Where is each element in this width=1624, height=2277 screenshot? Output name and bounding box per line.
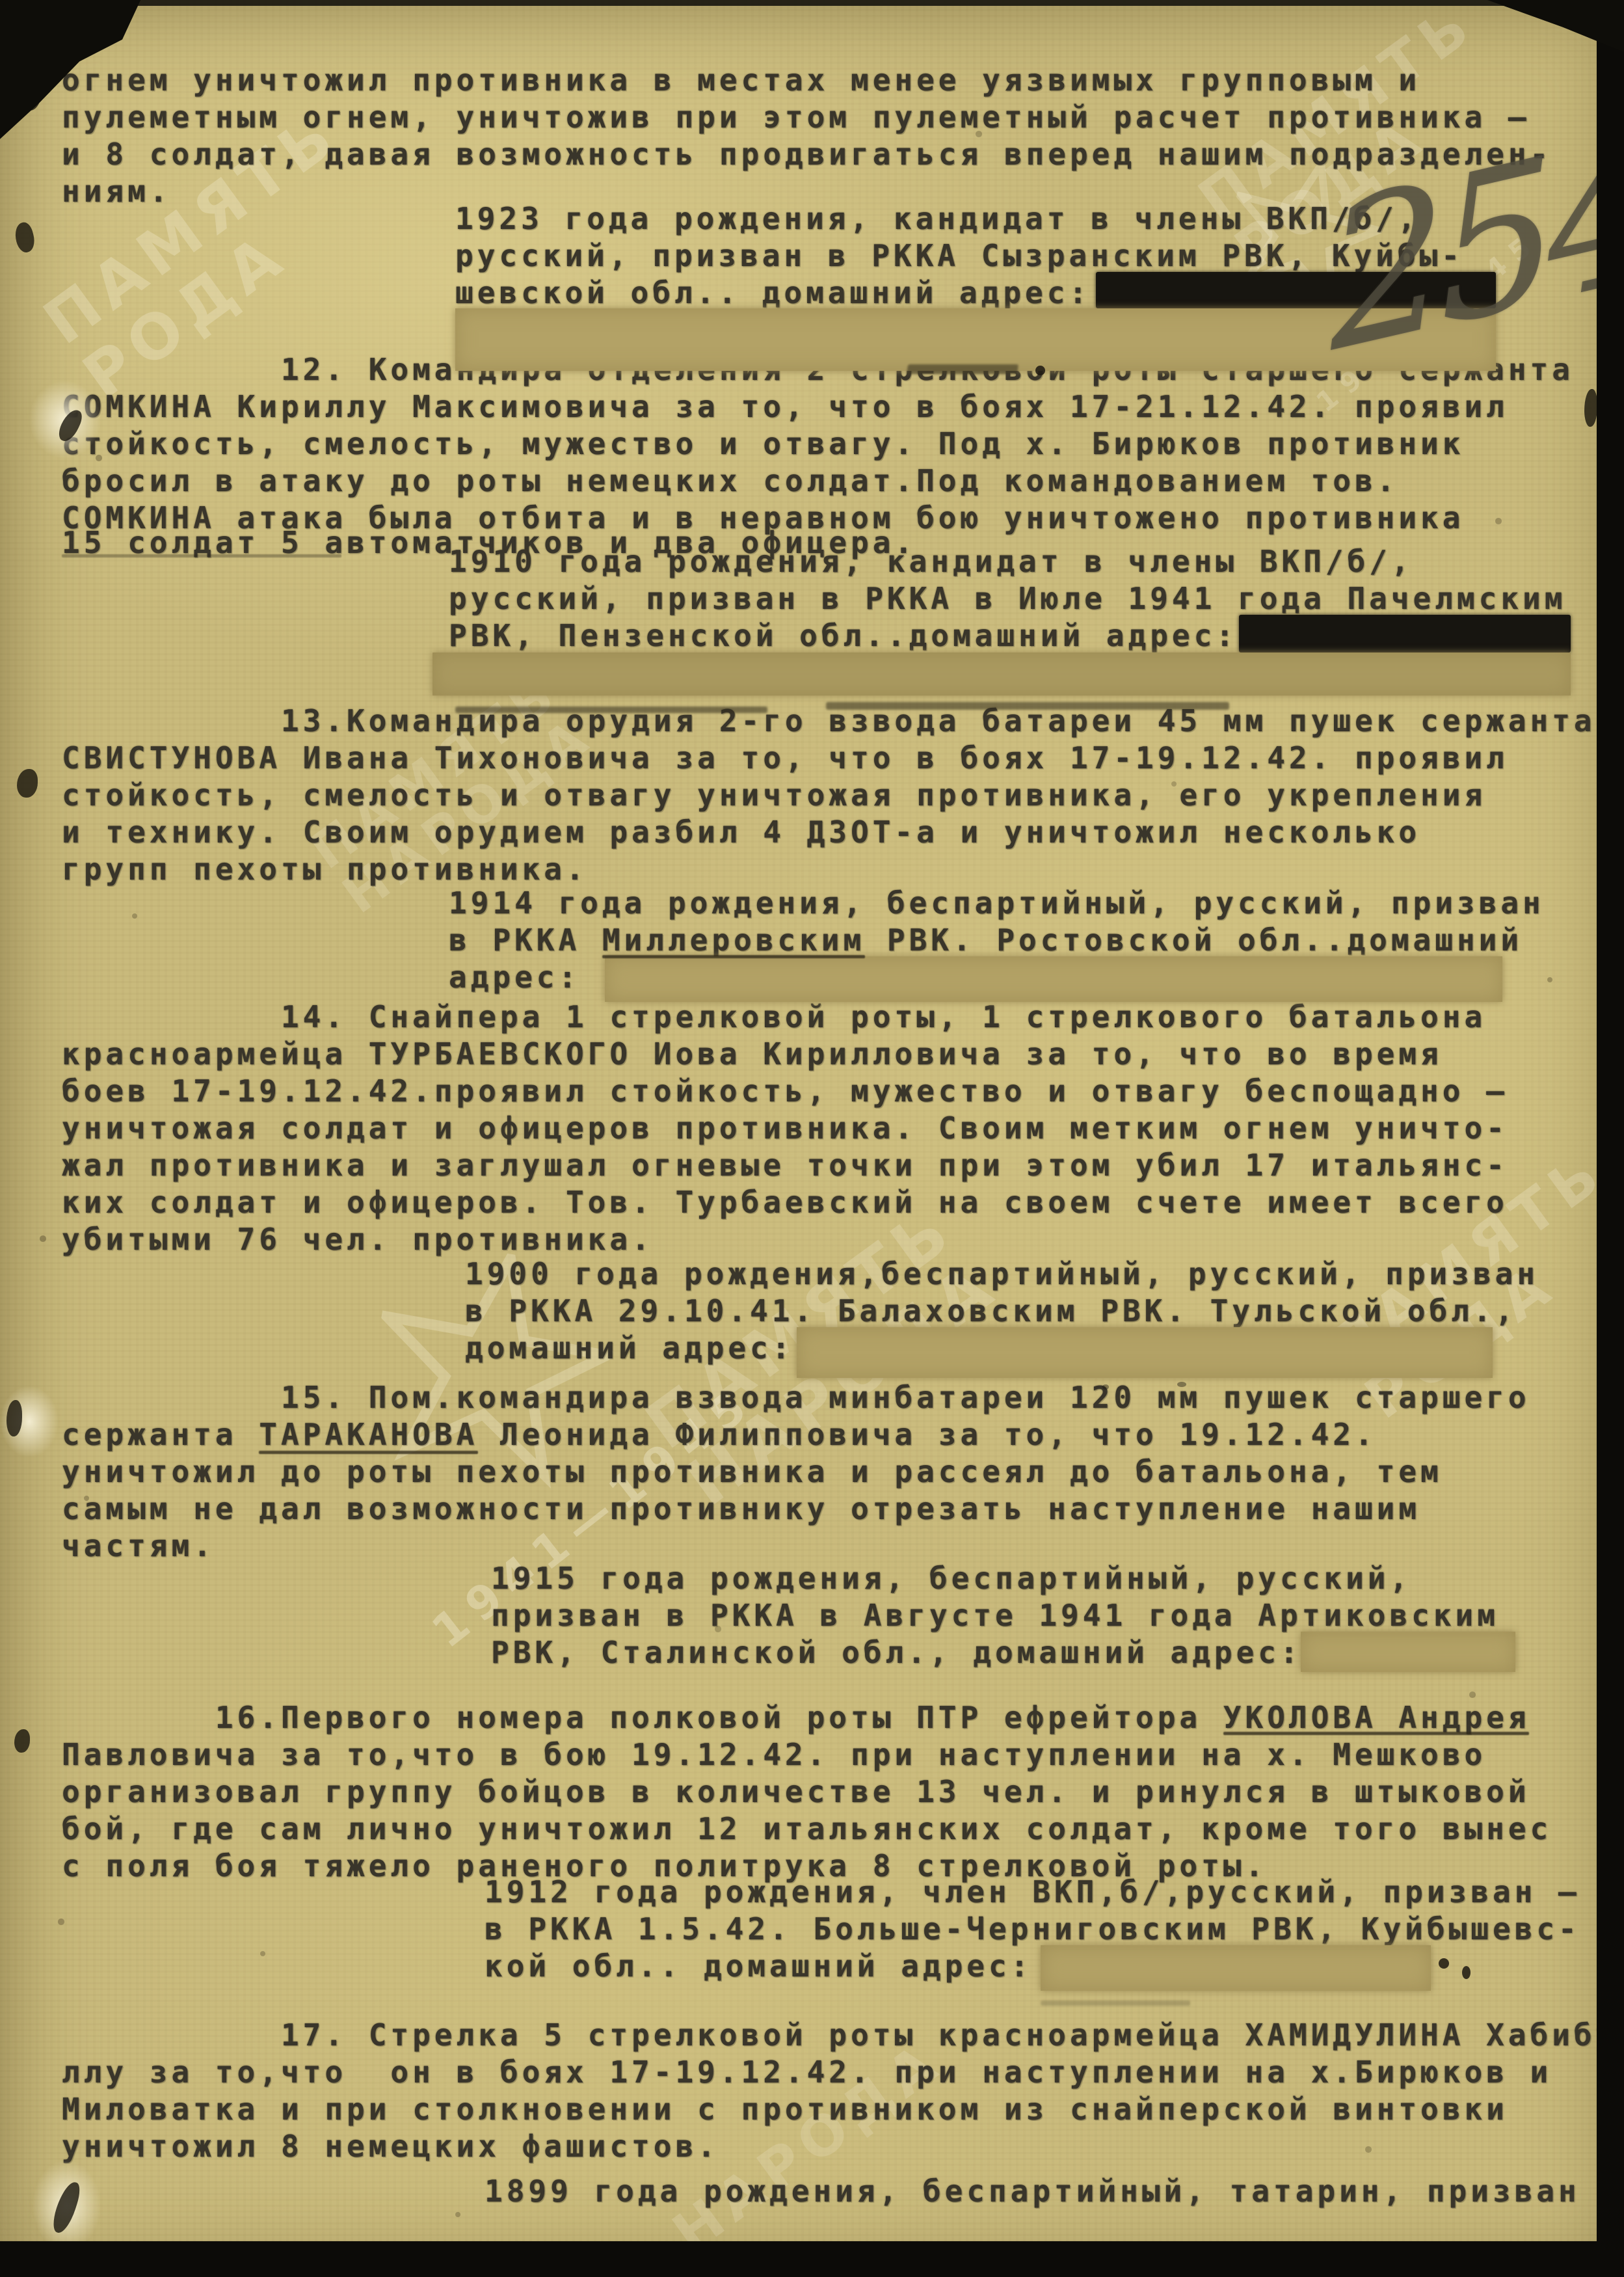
- redaction-patch: [797, 1327, 1493, 1378]
- ink-smudge: [1177, 1382, 1186, 1387]
- overtype-mark: [62, 554, 341, 558]
- underline-ukolova: [1223, 1732, 1529, 1735]
- typed-line: 15. Пом.командира взвода минбатареи 120 …: [62, 1379, 1530, 1416]
- typed-line: 1910 года рождения, кандидат в члены ВКП…: [449, 543, 1566, 580]
- scan-edge-right: [1597, 0, 1624, 2277]
- scan-edge-top: [98, 0, 1528, 6]
- underline-millerovskim: [602, 955, 865, 958]
- entry-15-citation: 15. Пом.командира взвода минбатареи 120 …: [62, 1379, 1530, 1565]
- typed-line: 14. Снайпера 1 стрелковой роты, 1 стрелк…: [62, 999, 1508, 1036]
- typed-line: в РККА Миллеровским РВК. Ростовской обл.…: [449, 922, 1545, 959]
- typed-line: групп пехоты противника.: [62, 851, 1596, 888]
- typed-line: боев 17-19.12.42.проявил стойкость, муже…: [62, 1073, 1508, 1110]
- redaction-patch: [605, 956, 1502, 1002]
- typed-line: уничтожил до роты пехоты противника и ра…: [62, 1453, 1530, 1490]
- paper-hole: [1584, 389, 1597, 427]
- ink-smudge: [1041, 2001, 1190, 2006]
- struck-out-text: [455, 707, 767, 713]
- typed-line: 1915 года рождения, беспартийный, русски…: [491, 1560, 1499, 1597]
- redaction-bar: [1239, 615, 1571, 653]
- typed-line: в РККА 29.10.41. Балаховским РВК. Тульск…: [465, 1293, 1539, 1330]
- entry-14-citation: 14. Снайпера 1 стрелковой роты, 1 стрелк…: [62, 999, 1508, 1258]
- typed-line: убитыми 76 чел. противника.: [62, 1221, 1508, 1258]
- typed-line: красноармейца ТУРБАЕВСКОГО Иова Кириллов…: [62, 1036, 1508, 1073]
- typed-line: частям.: [62, 1528, 1530, 1565]
- typed-line: 1914 года рождения, беспартийный, русски…: [449, 885, 1545, 922]
- paper-hole: [12, 221, 38, 254]
- ink-smudge: [1439, 1958, 1449, 1969]
- redaction-patch: [433, 653, 1571, 695]
- scan-edge-bottom: [0, 2241, 1624, 2277]
- typed-line: русский, призван в РККА в Июле 1941 года…: [449, 580, 1566, 617]
- ink-smudge: [1462, 1966, 1471, 1979]
- typed-line: русский, призван в РККА Сызранским РВК, …: [455, 237, 1463, 275]
- typed-line: 1923 года рождения, кандидат в члены ВКП…: [455, 200, 1463, 237]
- typed-line: бой, где сам лично уничтожил 12 итальянс…: [62, 1811, 1552, 1848]
- typed-line: жал противника и заглушал огневые точки …: [62, 1147, 1508, 1184]
- paper-hole: [14, 1729, 30, 1753]
- typed-line: 16.Первого номера полковой роты ПТР ефре…: [62, 1699, 1552, 1736]
- typed-line: Миловатка и при столкновении с противник…: [62, 2091, 1624, 2128]
- struck-out-text: [826, 702, 1229, 710]
- typed-line: в РККА 1.5.42. Больше-Черниговским РВК, …: [485, 1911, 1580, 1948]
- typed-line: Павловича за то,что в бою 19.12.42. при …: [62, 1736, 1552, 1773]
- typed-line: 1912 года рождения, член ВКП,б/,русский,…: [485, 1874, 1580, 1911]
- entry-13-citation: 13.Командира орудия 2-го взвода батареи …: [62, 703, 1596, 888]
- typed-line: уничтожая солдат и офицеров противника. …: [62, 1110, 1508, 1147]
- typed-line: огнем уничтожил противника в местах мене…: [62, 62, 1552, 99]
- typed-line: призван в РККА в Августе 1941 года Артик…: [491, 1597, 1499, 1634]
- paper-hole: [17, 769, 38, 798]
- entry-17-recipient-info: 1899 года рождения, беспартийный, татари…: [485, 2173, 1580, 2210]
- typed-line: стойкость, смелость и отвагу уничтожая п…: [62, 777, 1596, 814]
- scanned-page: ПАМЯТЬ РОДА ПАМЯТЬ РОДА 1941—1945 ПАМЯТЬ…: [0, 0, 1624, 2277]
- typed-line: ллу за то,что он в боях 17-19.12.42. при…: [62, 2054, 1624, 2091]
- typed-line: бросил в атаку до роты немецких солдат.П…: [62, 463, 1574, 500]
- typed-line: самым не дал возможности противнику отре…: [62, 1490, 1530, 1528]
- entry-16-citation: 16.Первого номера полковой роты ПТР ефре…: [62, 1699, 1552, 1885]
- redaction-patch: [1301, 1632, 1515, 1672]
- typed-line: уничтожил 8 немецких фашистов.: [62, 2128, 1624, 2165]
- redaction-patch: [1041, 1945, 1431, 1991]
- typed-line: пулеметным огнем, уничтожив при этом пул…: [62, 99, 1552, 136]
- ink-smudge: [1102, 1384, 1109, 1390]
- typed-line: и технику. Своим орудием разбил 4 ДЗОТ-а…: [62, 814, 1596, 851]
- typed-line: СВИСТУНОВА Ивана Тихоновича за то, что в…: [62, 740, 1596, 777]
- entry-17-citation: 17. Стрелка 5 стрелковой роты красноарме…: [62, 2017, 1624, 2165]
- typed-line: организовал группу бойцов в количестве 1…: [62, 1773, 1552, 1811]
- typed-line: сержанта ТАРАКАНОВА Леонида Филипповича …: [62, 1416, 1530, 1453]
- ink-smudge: [1035, 366, 1045, 375]
- typed-line: СОМКИНА Кириллу Максимовича за то, что в…: [62, 388, 1574, 425]
- underline-tarakanova: [259, 1451, 478, 1454]
- ink-smudge: [907, 364, 1018, 374]
- typed-line: ких солдат и офицеров. Тов. Турбаевский …: [62, 1184, 1508, 1221]
- typed-line: 1899 года рождения, беспартийный, татари…: [485, 2173, 1580, 2210]
- typed-line: стойкость, смелость, мужество и отвагу. …: [62, 425, 1574, 463]
- typed-line: 1900 года рождения,беспартийный, русский…: [465, 1256, 1539, 1293]
- typed-line: 17. Стрелка 5 стрелковой роты красноарме…: [62, 2017, 1624, 2054]
